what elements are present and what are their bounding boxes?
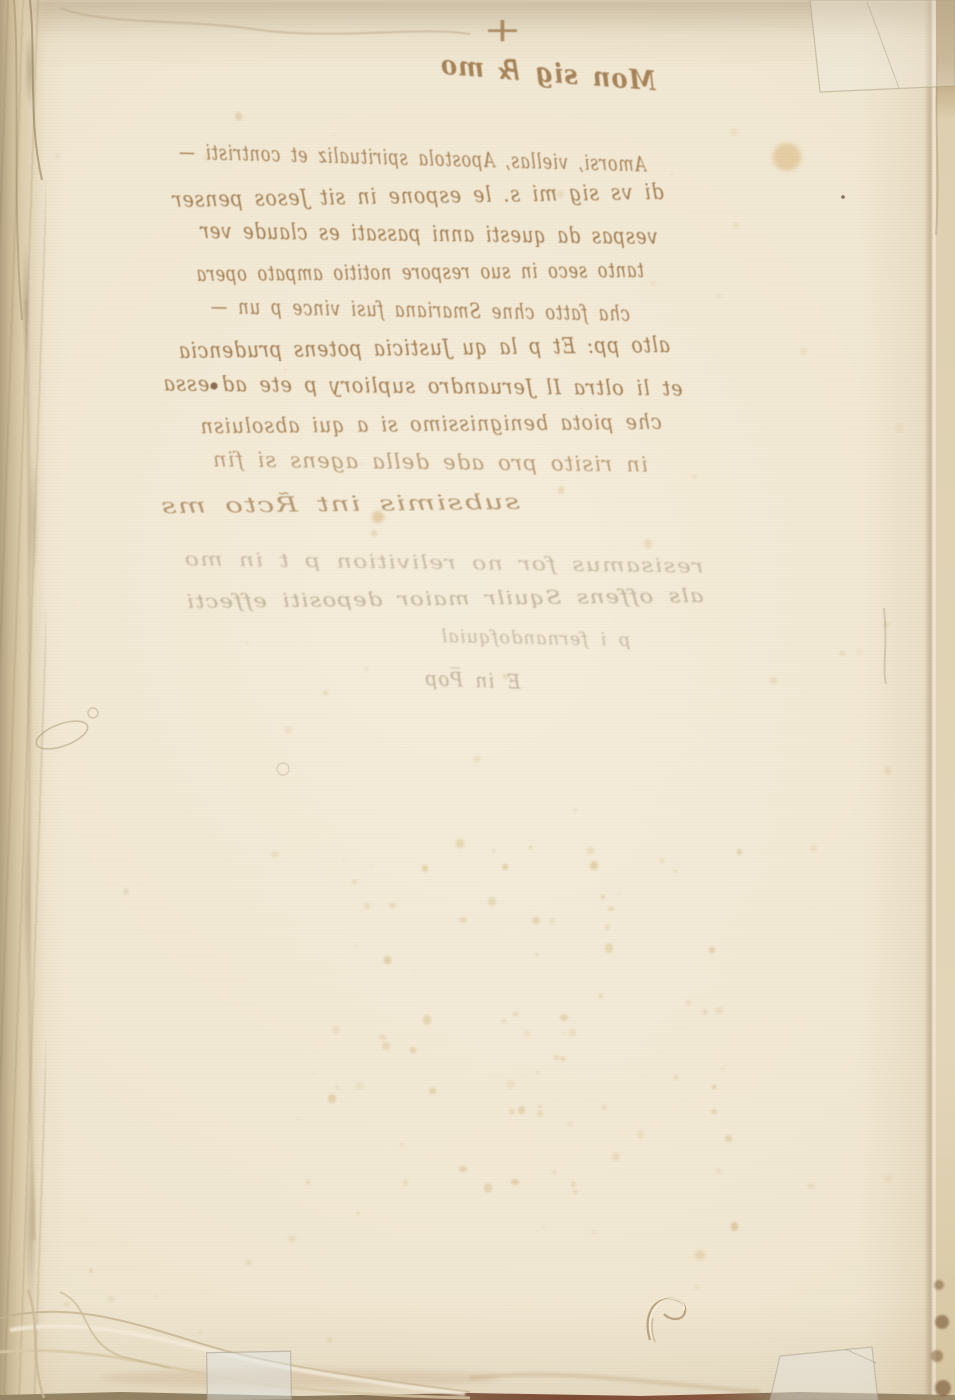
curl-fiber-mark [648,1299,686,1342]
tape-patch-bottom-right [770,1347,878,1400]
right-edge-damage [884,55,951,1396]
top-left-fibers [14,0,470,1240]
tape-patch-top-right [810,0,955,92]
bottom-left-wrinkles [0,1290,760,1398]
loop-wrinkle-mark [33,708,289,775]
scanned-manuscript-page: +Mon sig ℞ moAmorsi, viellas, Apostola s… [0,0,955,1400]
ink-blot [210,195,844,389]
tape-patch-bottom-left [207,1351,292,1400]
damage-and-tape-overlay [0,0,955,1400]
round-stain [372,143,801,1260]
